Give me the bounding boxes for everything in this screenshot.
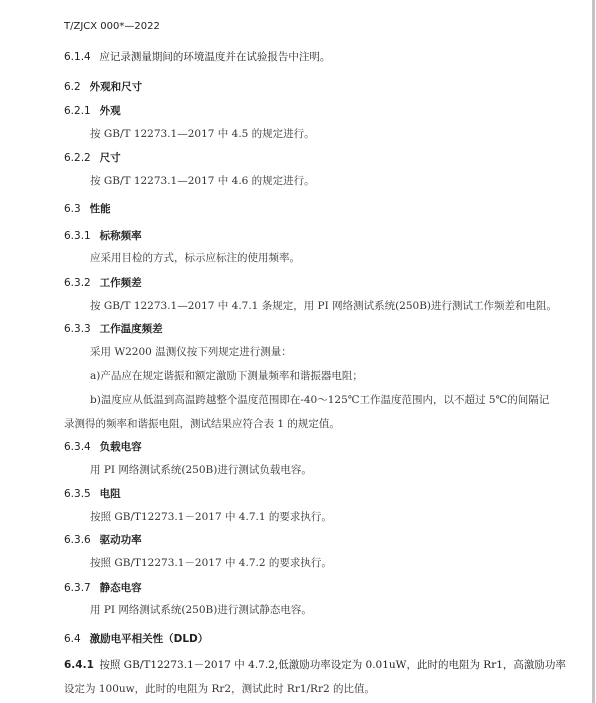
heading-number: 6.3.2 (64, 276, 96, 290)
page-edge-divider (592, 0, 595, 703)
heading-6-3-7: 6.3.7 静态电容 (64, 581, 142, 595)
heading-text: 外观和尺寸 (90, 81, 143, 93)
heading-text: 标称频率 (100, 230, 142, 242)
list-item-b-continued: 录测得的频率和谐振电阻，测试结果应符合表 1 的规定值。 (64, 417, 340, 431)
body-text: 用 PI 网络测试系统(250B)进行测试静态电容。 (90, 603, 312, 617)
heading-number: 6.2.1 (64, 104, 96, 118)
heading-6-3-2: 6.3.2 工作频差 (64, 276, 142, 290)
clause-text: 按照 GB/T12273.1－2017 中 4.7.2,低激励功率设定为 0.0… (99, 659, 566, 671)
body-text: 应采用目检的方式，标示应标注的使用频率。 (90, 251, 300, 265)
heading-text: 负载电容 (100, 441, 142, 453)
heading-6-3-1: 6.3.1 标称频率 (64, 229, 142, 243)
clause-number: 6.4.1 (64, 658, 96, 672)
heading-text: 外观 (100, 105, 121, 117)
heading-6-3-6: 6.3.6 驱动功率 (64, 533, 142, 547)
clause-6-1-4: 6.1.4 应记录测量期间的环境温度并在试验报告中注明。 (64, 50, 330, 64)
heading-text: 工作频差 (100, 277, 142, 289)
list-item-b: b)温度应从低温到高温跨越整个温度范围即在-40～125℃工作温度范围内，以不超… (90, 393, 549, 407)
heading-number: 6.3.7 (64, 581, 96, 595)
heading-6-2: 6.2 外观和尺寸 (64, 80, 142, 94)
body-text: 按 GB/T 12273.1—2017 中 4.7.1 条规定，用 PI 网络测… (90, 299, 557, 313)
body-text: 用 PI 网络测试系统(250B)进行测试负载电容。 (90, 463, 312, 477)
heading-6-3-4: 6.3.4 负载电容 (64, 440, 142, 454)
clause-number: 6.1.4 (64, 50, 96, 64)
heading-6-4: 6.4 激励电平相关性（DLD） (64, 632, 208, 646)
heading-number: 6.2 (64, 80, 86, 94)
heading-text: 性能 (90, 203, 111, 215)
heading-6-2-2: 6.2.2 尺寸 (64, 151, 121, 165)
heading-number: 6.4 (64, 632, 86, 646)
heading-number: 6.3.4 (64, 440, 96, 454)
list-item-a: a)产品应在规定谐振和额定激励下测量频率和谐振器电阻； (90, 369, 363, 383)
body-text: 按 GB/T 12273.1—2017 中 4.6 的规定进行。 (90, 174, 315, 188)
heading-text: 电阻 (100, 488, 121, 500)
heading-text: 尺寸 (100, 152, 121, 164)
heading-number: 6.3.1 (64, 229, 96, 243)
heading-6-3: 6.3 性能 (64, 202, 111, 216)
heading-number: 6.3 (64, 202, 86, 216)
heading-text: 静态电容 (100, 582, 142, 594)
heading-text: 工作温度频差 (100, 323, 163, 335)
heading-text: 驱动功率 (100, 534, 142, 546)
heading-number: 6.3.6 (64, 533, 96, 547)
clause-text: 应记录测量期间的环境温度并在试验报告中注明。 (99, 51, 330, 63)
heading-number: 6.2.2 (64, 151, 96, 165)
heading-number: 6.3.3 (64, 322, 96, 336)
clause-6-4-1-continued: 设定为 100uw，此时的电阻为 Rr2，测试此时 Rr1/Rr2 的比值。 (64, 682, 375, 696)
heading-6-3-3: 6.3.3 工作温度频差 (64, 322, 163, 336)
body-text: 采用 W2200 温测仪按下列规定进行测量： (90, 345, 292, 359)
heading-6-2-1: 6.2.1 外观 (64, 104, 121, 118)
body-text: 按照 GB/T12273.1－2017 中 4.7.1 的要求执行。 (90, 510, 332, 524)
body-text: 按 GB/T 12273.1—2017 中 4.5 的规定进行。 (90, 127, 315, 141)
heading-text: 激励电平相关性（DLD） (90, 633, 209, 645)
heading-number: 6.3.5 (64, 487, 96, 501)
document-header: T/ZJCX 000*—2022 (64, 20, 160, 34)
heading-6-3-5: 6.3.5 电阻 (64, 487, 121, 501)
clause-6-4-1: 6.4.1 按照 GB/T12273.1－2017 中 4.7.2,低激励功率设… (64, 658, 566, 672)
body-text: 按照 GB/T12273.1－2017 中 4.7.2 的要求执行。 (90, 556, 332, 570)
